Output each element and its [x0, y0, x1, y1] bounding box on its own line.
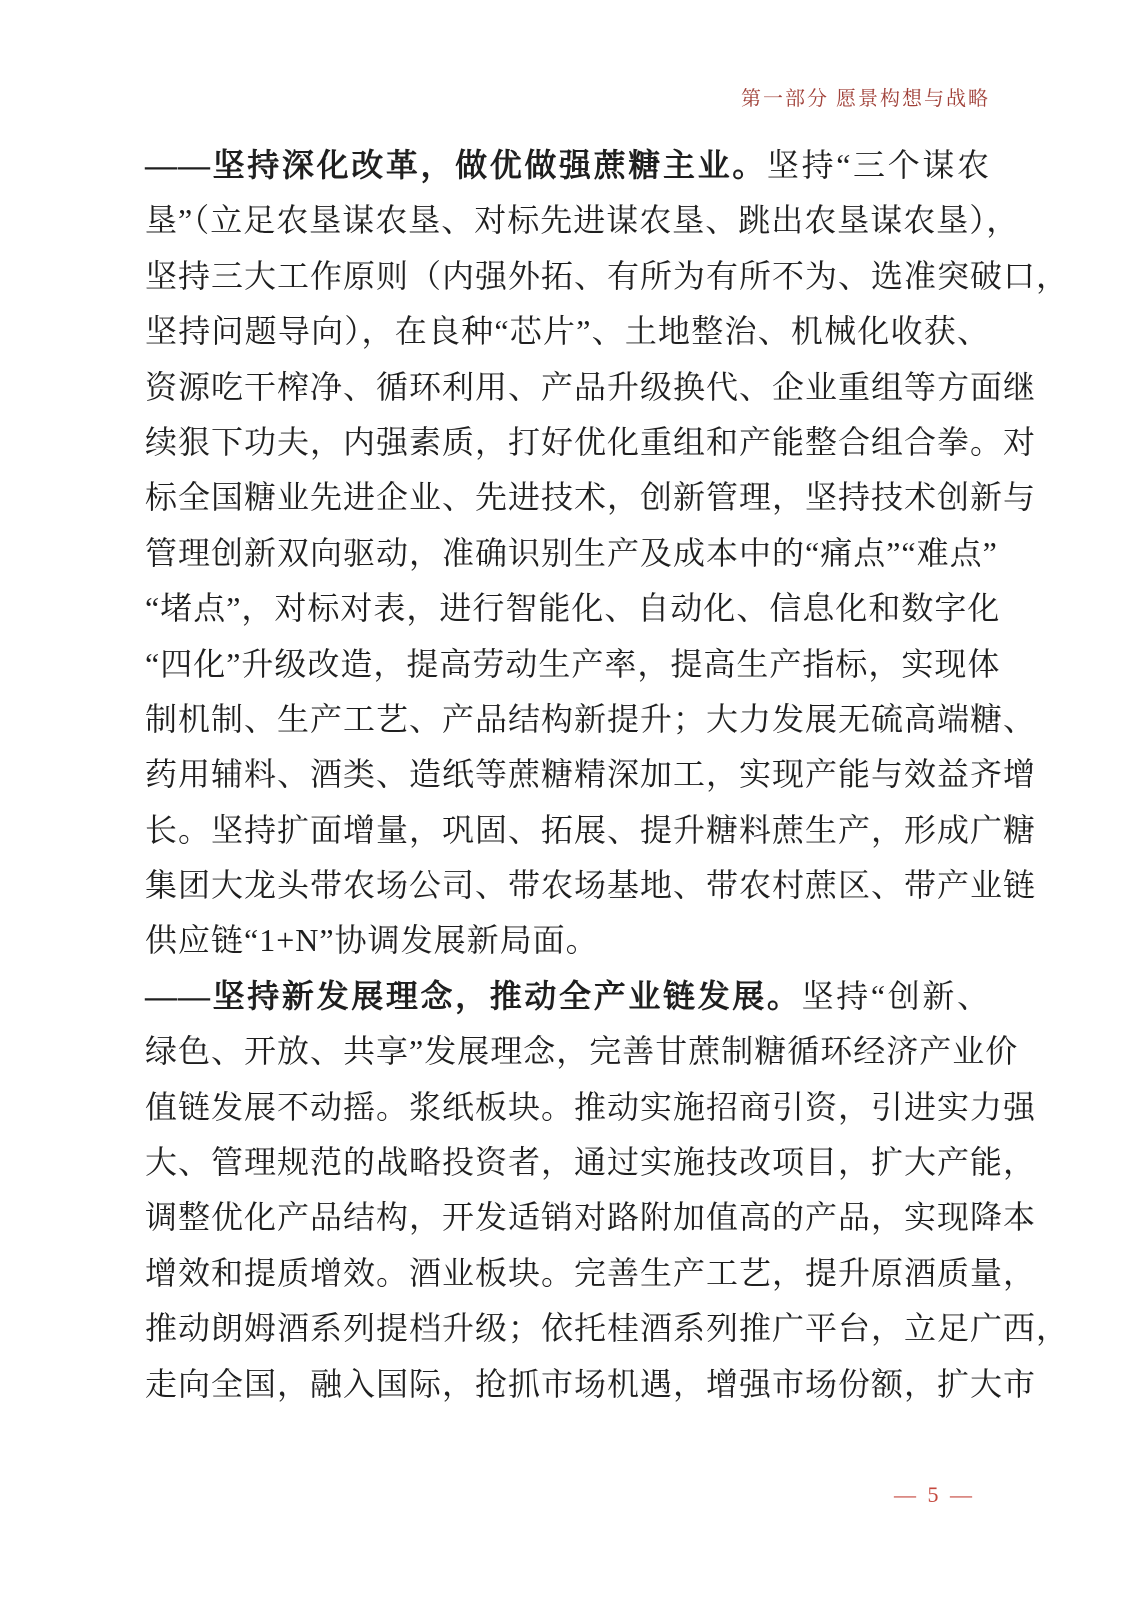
text-line: 绿色、开放、共享”发展理念，完善甘蔗制糖循环经济产业价	[145, 1024, 990, 1079]
text-line: 大、管理规范的战略投资者，通过实施技改项目，扩大产能，	[145, 1135, 990, 1190]
text-line: 走向全国，融入国际，抢抓市场机遇，增强市场份额，扩大市	[145, 1357, 990, 1412]
section-title: 第一部分 愿景构想与战略	[741, 88, 990, 110]
text-line: 标全国糖业先进企业、先进技术，创新管理，坚持技术创新与	[145, 470, 990, 525]
text-line: 坚持问题导向），在良种“芯片”、土地整治、机械化收获、	[145, 304, 990, 359]
text-line: 药用辅料、酒类、造纸等蔗糖精深加工，实现产能与效益齐增	[145, 747, 990, 802]
text-line: 增效和提质增效。酒业板块。完善生产工艺，提升原酒质量，	[145, 1246, 990, 1301]
text-line: 调整优化产品结构，开发适销对路附加值高的产品，实现降本	[145, 1190, 990, 1245]
text-line: 资源吃干榨净、循环利用、产品升级换代、企业重组等方面继	[145, 360, 990, 415]
text-line: 值链发展不动摇。浆纸板块。推动实施招商引资，引进实力强	[145, 1080, 990, 1135]
text-line: 供应链“1+N”协调发展新局面。	[145, 913, 990, 968]
text-line: 管理创新双向驱动，准确识别生产及成本中的“痛点”“难点”	[145, 526, 990, 581]
paragraph-lead: ——坚持新发展理念，推动全产业链发展。	[145, 978, 802, 1014]
text-line: 制机制、生产工艺、产品结构新提升；大力发展无硫高端糖、	[145, 692, 990, 747]
document-page: 第一部分 愿景构想与战略 ——坚持深化改革，做优做强蔗糖主业。坚持“三个谋农 垦…	[0, 0, 1131, 1600]
paragraph-text: 坚持“三个谋农	[767, 147, 990, 183]
text-line: 坚持三大工作原则（内强外拓、有所为有所不为、选准突破口，	[145, 249, 990, 304]
page-header: 第一部分 愿景构想与战略	[145, 82, 990, 111]
text-line: 垦”（立足农垦谋农垦、对标先进谋农垦、跳出农垦谋农垦），	[145, 193, 990, 248]
text-line: 续狠下功夫，内强素质，打好优化重组和产能整合组合拳。对	[145, 415, 990, 470]
page-footer: — 5 —	[145, 1482, 975, 1508]
page-number: — 5 —	[894, 1482, 975, 1507]
document-body: ——坚持深化改革，做优做强蔗糖主业。坚持“三个谋农 垦”（立足农垦谋农垦、对标先…	[145, 138, 990, 1412]
text-line: 推动朗姆酒系列提档升级；依托桂酒系列推广平台，立足广西，	[145, 1301, 990, 1356]
text-line: 集团大龙头带农场公司、带农场基地、带农村蔗区、带产业链	[145, 858, 990, 913]
text-line: “堵点”，对标对表，进行智能化、自动化、信息化和数字化	[145, 581, 990, 636]
text-line: ——坚持新发展理念，推动全产业链发展。坚持“创新、	[145, 969, 990, 1024]
paragraph-lead: ——坚持深化改革，做优做强蔗糖主业。	[145, 147, 767, 183]
text-line: ——坚持深化改革，做优做强蔗糖主业。坚持“三个谋农	[145, 138, 990, 193]
paragraph-text: 坚持“创新、	[802, 978, 990, 1014]
text-line: 长。坚持扩面增量，巩固、拓展、提升糖料蔗生产，形成广糖	[145, 803, 990, 858]
text-line: “四化”升级改造，提高劳动生产率，提高生产指标，实现体	[145, 637, 990, 692]
